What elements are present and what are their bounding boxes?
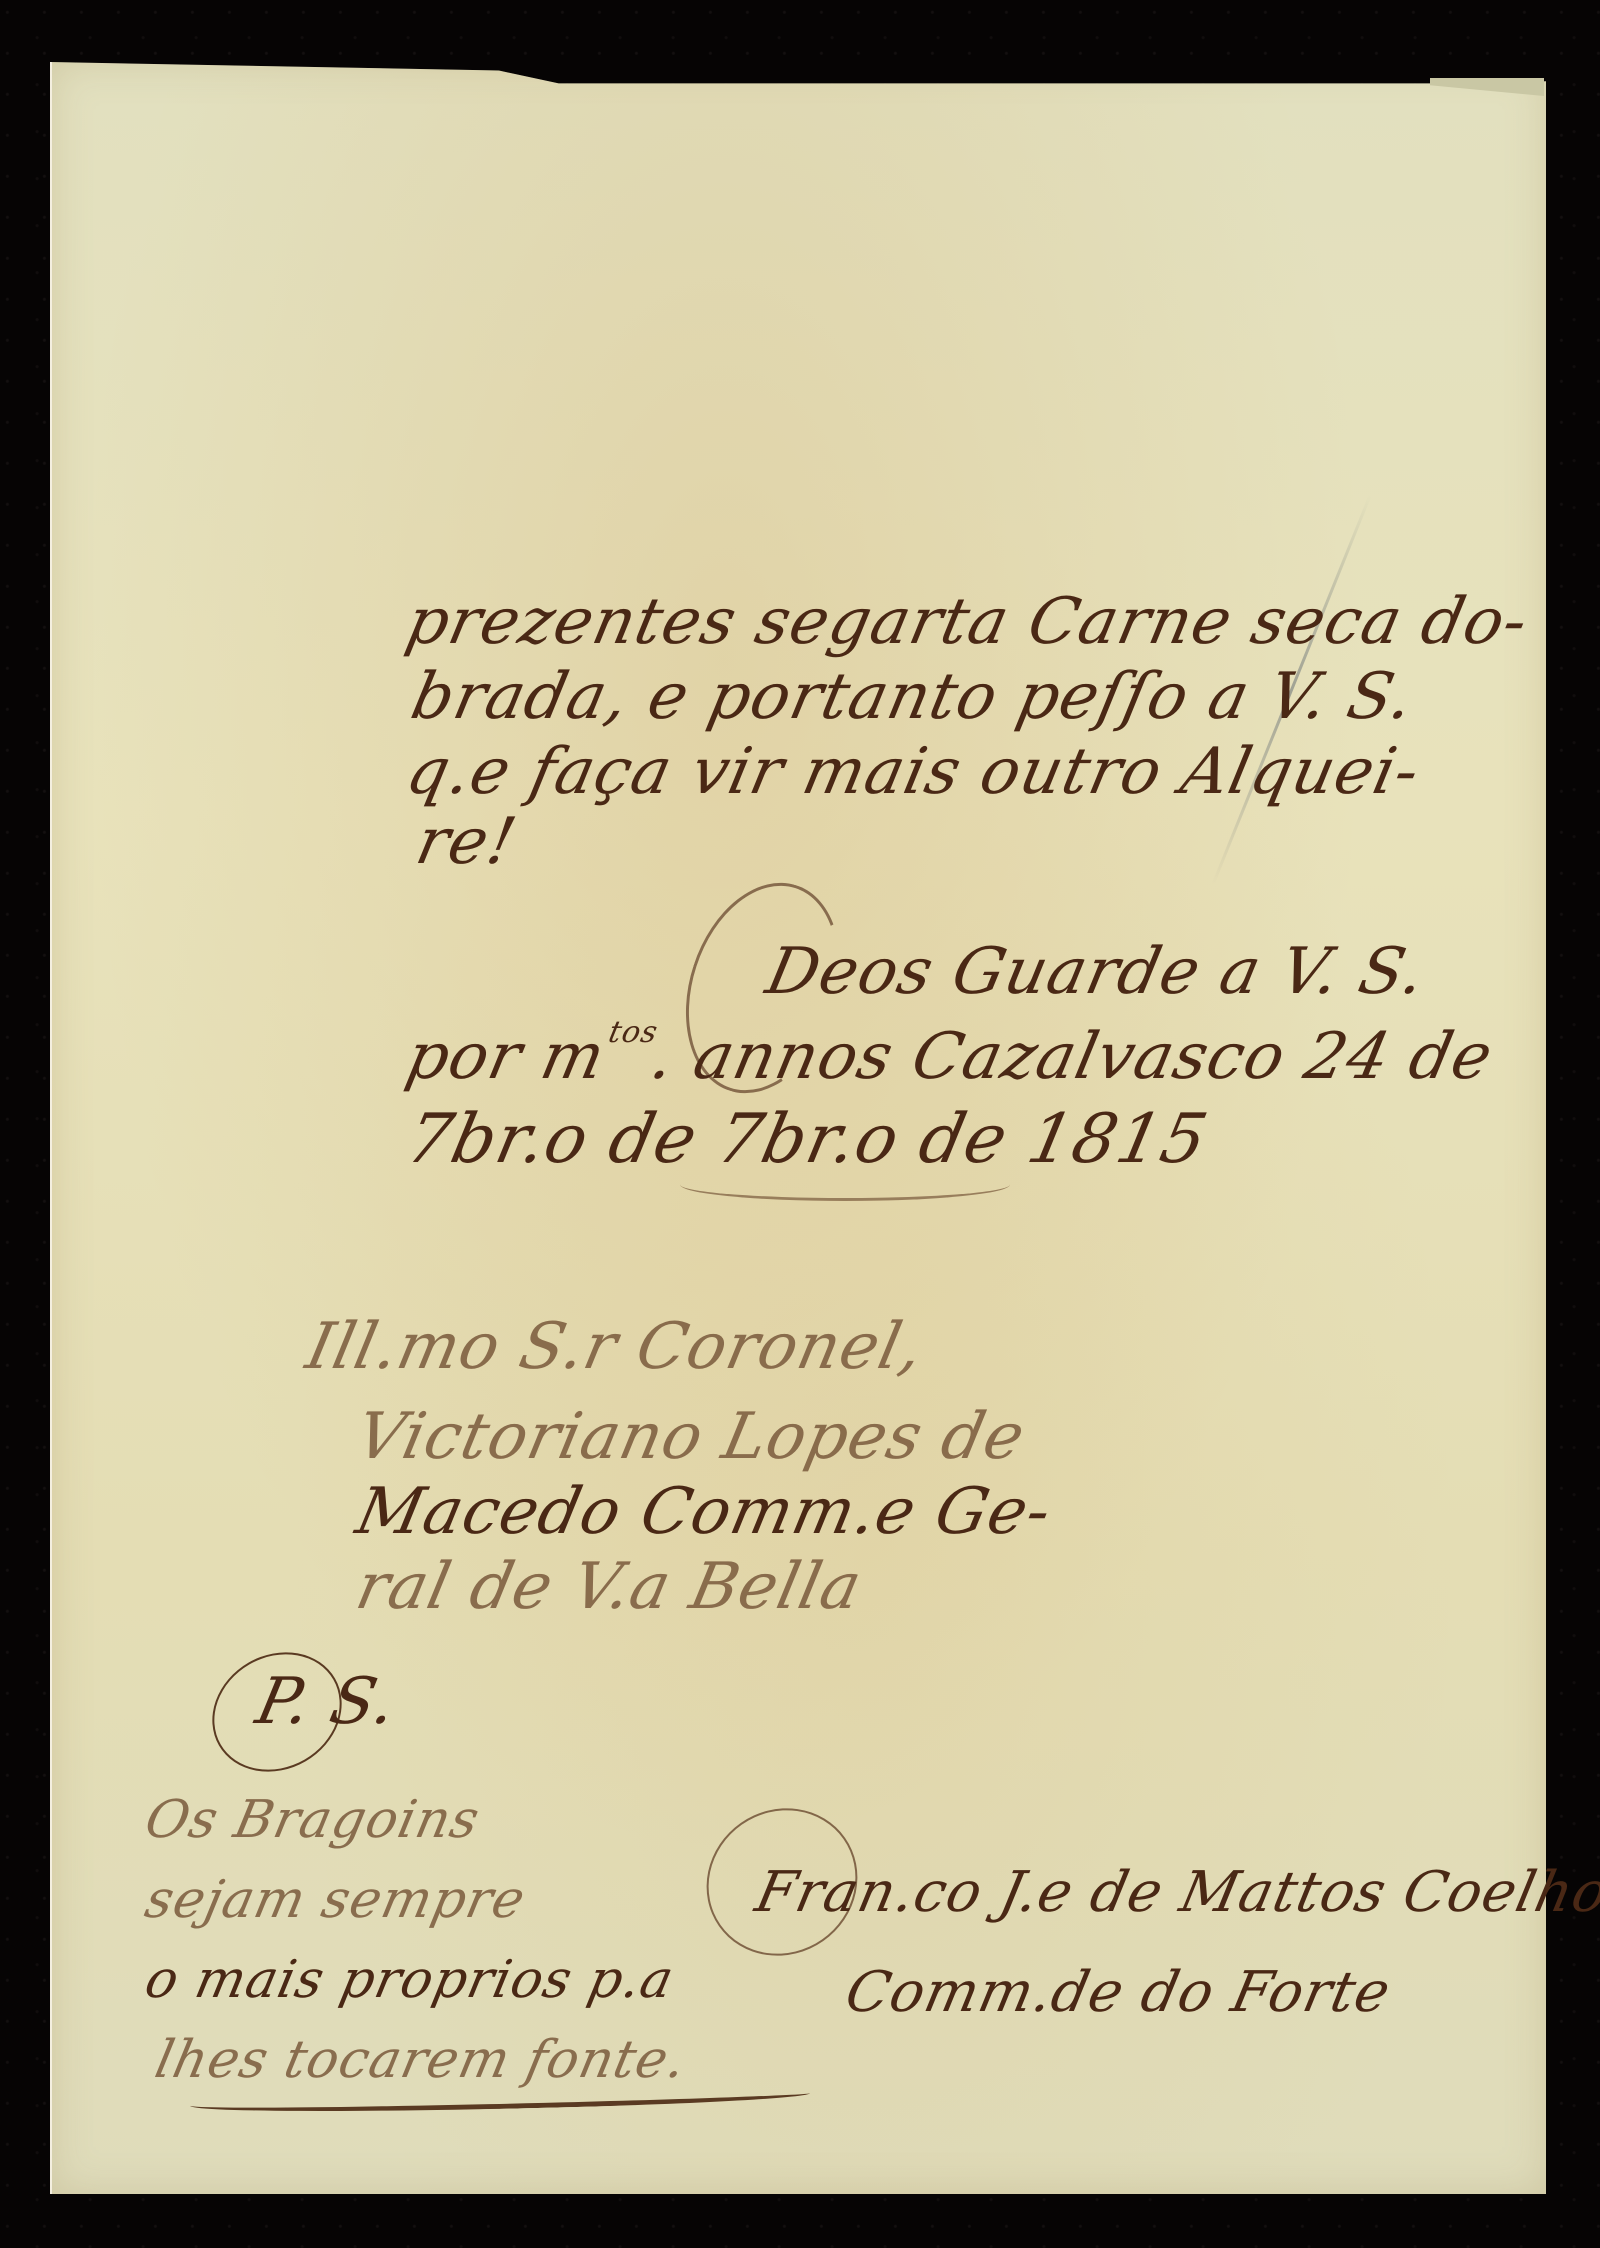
letter-line-3: q.e faça vir mais outro Alquei- (400, 735, 1426, 809)
addressee-line-3: Macedo Comm.e Ge- (350, 1475, 1058, 1549)
signature-title: Comm.de do Forte (840, 1960, 1396, 2025)
letter-line-2: brada, e portanto peſſo a V. S. (405, 660, 1420, 734)
closing-line-2: por mtos. annos Cazalvasco 24 de (400, 1020, 1499, 1094)
addressee-line-2: Victoriano Lopes de (350, 1400, 1032, 1474)
letter-line-1: prezentes segarta Carne seca do- (400, 585, 1535, 659)
postscript-line-1: Os Bragoins (140, 1790, 485, 1850)
closing-blessing: Deos Guarde a V. S. (760, 935, 1432, 1009)
addressee-line-1: Ill.mo S.r Coronel, (300, 1310, 930, 1384)
closing-line-2-rest: . annos Cazalvasco 24 de (645, 1020, 1500, 1094)
postscript-line-4: lhes tocarem fonte. (150, 2030, 692, 2090)
signature-name: Fran.co J.e de Mattos Coelho (750, 1860, 1600, 1925)
postscript-line-3: o mais proprios p.a (140, 1950, 679, 2010)
postscript-label: P. S. (250, 1665, 403, 1739)
postscript-line-2: sejam sempre (140, 1870, 531, 1930)
addressee-line-4: ral de V.a Bella (350, 1550, 868, 1624)
closing-line-2-prefix: por m (400, 1020, 612, 1094)
letter-line-4: re! (410, 805, 523, 879)
date-underline-flourish (680, 1168, 1010, 1201)
superscript-abbrev: tos (605, 1015, 661, 1050)
